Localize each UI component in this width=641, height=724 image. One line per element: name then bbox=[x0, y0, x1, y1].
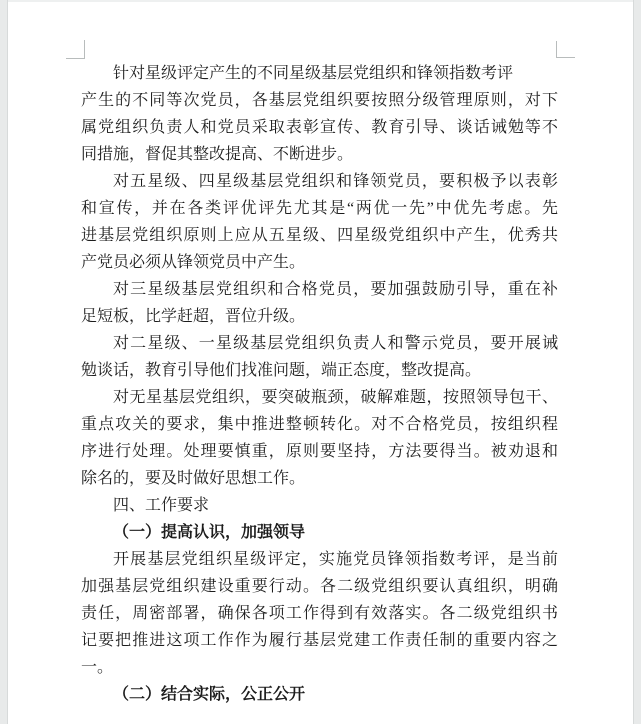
text-line[interactable]: 加强基层党组织建设重要行动。各二级党组织要认真组织，明确 bbox=[81, 573, 558, 600]
text-line[interactable]: 重点攻关的要求，集中推进整顿转化。对不合格党员，按组织程 bbox=[81, 411, 558, 438]
text-line[interactable]: 对三星级基层党组织和合格党员，要加强鼓励引导，重在补 bbox=[81, 276, 558, 303]
text-line[interactable]: 属党组织负责人和党员采取表彰宣传、教育引导、谈话诫勉等不 bbox=[81, 114, 558, 141]
crop-mark-top-left-icon bbox=[66, 40, 85, 59]
document-text: 针对星级评定产生的不同星级基层党组织和锋领指数考评产生的不同等次党员，各基层党组… bbox=[81, 60, 558, 708]
text-line[interactable]: 进基层党组织原则上应从五星级、四星级党组织中产生，优秀共 bbox=[81, 222, 558, 249]
text-line[interactable]: 开展基层党组织星级评定，实施党员锋领指数考评，是当前 bbox=[81, 546, 558, 573]
text-line[interactable]: 记要把推进这项工作作为履行基层党建工作责任制的重要内容之 bbox=[81, 627, 558, 654]
text-line[interactable]: 对无星基层党组织，要突破瓶颈，破解难题，按照领导包干、 bbox=[81, 384, 558, 411]
section-heading[interactable]: （二）结合实际，公正公开 bbox=[81, 681, 558, 708]
right-gutter bbox=[633, 0, 641, 724]
text-line[interactable]: 对二星级、一星级基层党组织负责人和警示党员，要开展诫 bbox=[81, 330, 558, 357]
crop-mark-top-right-icon bbox=[556, 41, 575, 58]
text-line[interactable]: 责任，周密部署，确保各项工作得到有效落实。各二级党组织书 bbox=[81, 600, 558, 627]
text-line[interactable]: 一。 bbox=[81, 654, 558, 681]
text-line[interactable]: 勉谈话，教育引导他们找准问题，端正态度，整改提高。 bbox=[81, 357, 558, 384]
text-line[interactable]: 和宣传，并在各类评优评先尤其是“两优一先”中优先考虑。先 bbox=[81, 195, 558, 222]
text-line[interactable]: 针对星级评定产生的不同星级基层党组织和锋领指数考评 bbox=[81, 60, 558, 87]
text-line[interactable]: 足短板，比学赶超，晋位升级。 bbox=[81, 303, 558, 330]
text-line[interactable]: 除名的，要及时做好思想工作。 bbox=[81, 465, 558, 492]
section-heading[interactable]: （一）提高认识，加强领导 bbox=[81, 519, 558, 546]
text-line[interactable]: 对五星级、四星级基层党组织和锋领党员，要积极予以表彰 bbox=[81, 168, 558, 195]
text-line[interactable]: 序进行处理。处理要慎重，原则要坚持，方法要得当。被劝退和 bbox=[81, 438, 558, 465]
text-line[interactable]: 产生的不同等次党员，各基层党组织要按照分级管理原则，对下 bbox=[81, 87, 558, 114]
text-line[interactable]: 四、工作要求 bbox=[81, 492, 558, 519]
text-line[interactable]: 产党员必须从锋领党员中产生。 bbox=[81, 249, 558, 276]
left-gutter bbox=[0, 0, 8, 724]
text-line[interactable]: 同措施，督促其整改提高、不断进步。 bbox=[81, 141, 558, 168]
